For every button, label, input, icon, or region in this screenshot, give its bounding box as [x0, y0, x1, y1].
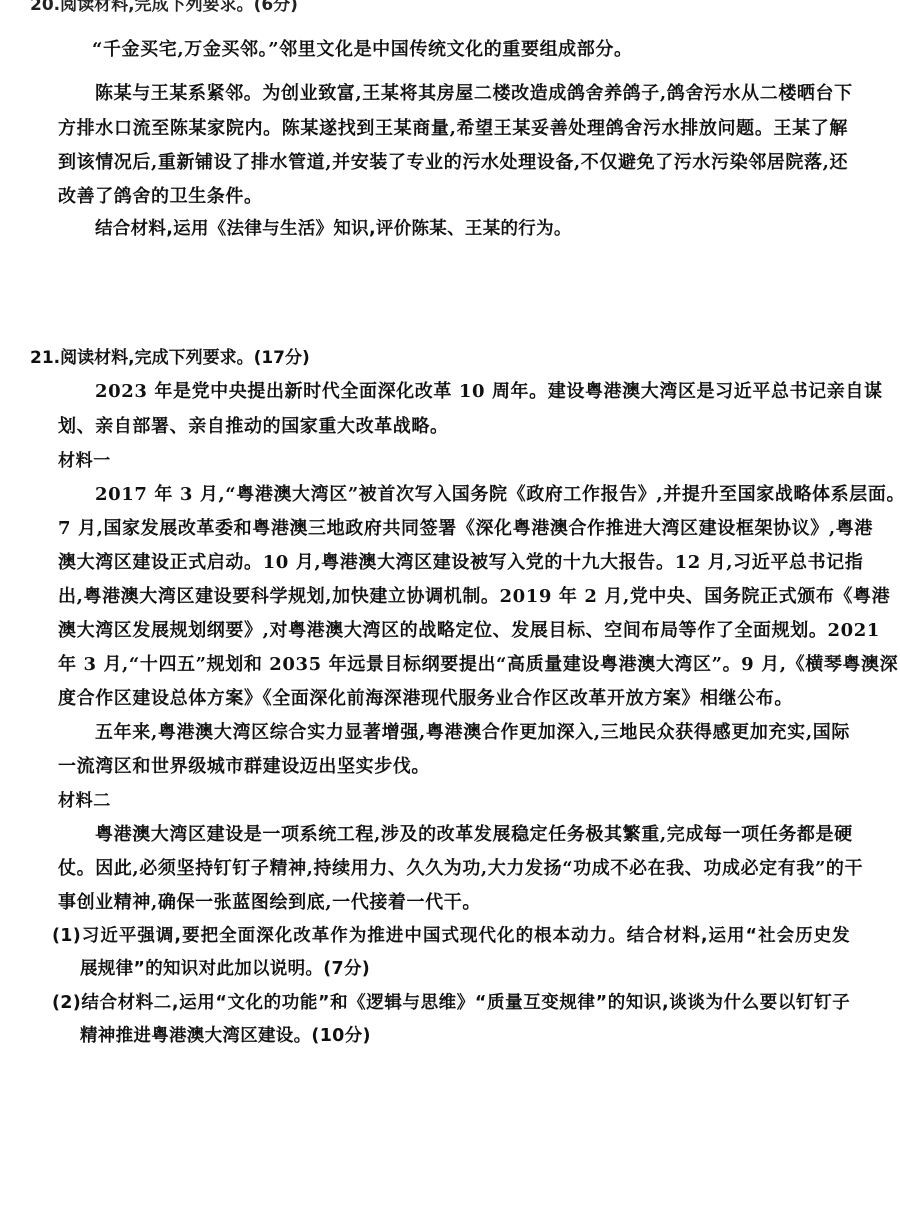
material-1-title: 材料一: [58, 450, 111, 472]
sub-question-1-line: (1)习近平强调,要把全面深化改革作为推进中国式现代化的根本动力。结合材料,运用…: [52, 925, 850, 947]
material-2-title: 材料二: [58, 790, 111, 812]
q21-intro-line: 划、亲自部署、亲自推动的国家重大改革战略。: [58, 416, 449, 438]
material-2-line: 粤港澳大湾区建设是一项系统工程,涉及的改革发展稳定任务极其繁重,完成每一项任务都…: [95, 824, 850, 846]
material-2-line: 仗。因此,必须坚持钉钉子精神,持续用力、久久为功,大力发扬“功成不必在我、功成必…: [58, 858, 848, 880]
q20-prompt: 结合材料,运用《法律与生活》知识,评价陈某、王某的行为。: [95, 218, 572, 240]
q21-intro-line: 2023 年是党中央提出新时代全面深化改革 10 周年。建设粤港澳大湾区是习近平…: [95, 381, 850, 403]
q20-quote-line: “千金买宅,万金买邻。”邻里文化是中国传统文化的重要组成部分。: [92, 39, 633, 61]
question-20-header: 20.阅读材料,完成下列要求。(6分): [30, 0, 298, 16]
material-1-line: 五年来,粤港澳大湾区综合实力显著增强,粤港澳合作更加深入,三地民众获得感更加充实…: [95, 722, 850, 744]
material-1-line: 出,粤港澳大湾区建设要科学规划,加快建立协调机制。2019 年 2 月,党中央、…: [58, 586, 848, 608]
q20-paragraph-line: 改善了鸽舍的卫生条件。: [58, 186, 263, 208]
sub-question-1-line: 展规律”的知识对此加以说明。(7分): [80, 958, 370, 980]
material-2-line: 事创业精神,确保一张蓝图绘到底,一代接着一代干。: [58, 892, 481, 914]
q20-paragraph-line: 陈某与王某系紧邻。为创业致富,王某将其房屋二楼改造成鸽舍养鸽子,鸽舍污水从二楼晒…: [95, 83, 850, 105]
material-1-line: 一流湾区和世界级城市群建设迈出坚实步伐。: [58, 756, 430, 778]
sub-question-2-line: (2)结合材料二,运用“文化的功能”和《逻辑与思维》“质量互变规律”的知识,谈谈…: [52, 992, 850, 1014]
q20-paragraph-line: 到该情况后,重新铺设了排水管道,并安装了专业的污水处理设备,不仅避免了污水污染邻…: [58, 152, 848, 174]
material-1-line: 7 月,国家发展改革委和粤港澳三地政府共同签署《深化粤港澳合作推进大湾区建设框架…: [58, 518, 848, 540]
material-1-line: 年 3 月,“十四五”规划和 2035 年远景目标纲要提出“高质量建设粤港澳大湾…: [58, 654, 848, 676]
sub-question-2-line: 精神推进粤港澳大湾区建设。(10分): [80, 1025, 371, 1047]
q20-paragraph-line: 方排水口流至陈某家院内。陈某遂找到王某商量,希望王某妥善处理鸽舍污水排放问题。王…: [58, 118, 848, 140]
material-1-line: 澳大湾区发展规划纲要》,对粤港澳大湾区的战略定位、发展目标、空间布局等作了全面规…: [58, 620, 848, 642]
material-1-line: 2017 年 3 月,“粤港澳大湾区”被首次写入国务院《政府工作报告》,并提升至…: [95, 484, 850, 506]
question-21-header: 21.阅读材料,完成下列要求。(17分): [30, 347, 310, 369]
material-1-line: 澳大湾区建设正式启动。10 月,粤港澳大湾区建设被写入党的十九大报告。12 月,…: [58, 552, 848, 574]
material-1-line: 度合作区建设总体方案》《全面深化前海深港现代服务业合作区改革开放方案》相继公布。: [58, 688, 793, 710]
